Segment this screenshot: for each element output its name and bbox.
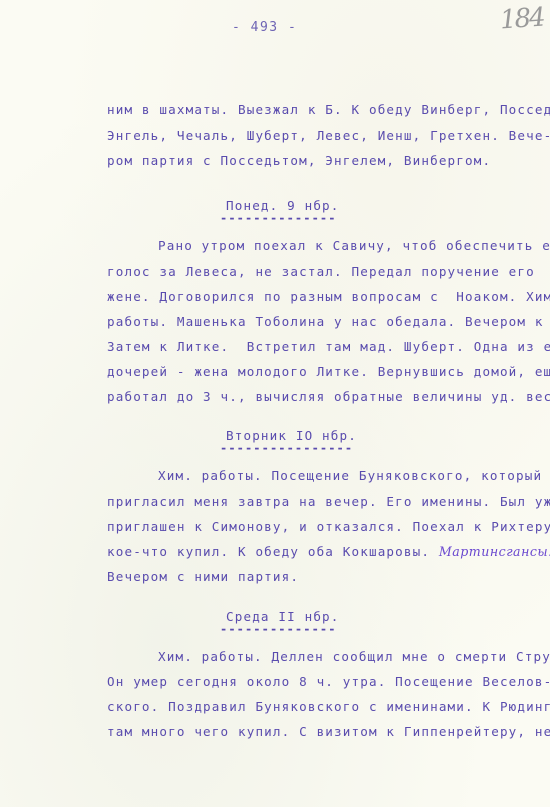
text-line: жене. Договорился по разным вопросам с Н… [107, 289, 550, 304]
text-line: Энгель, Чечаль, Шуберт, Левес, Иенш, Гре… [107, 128, 550, 143]
text-line: Хим. работы. Посещение Буняковского, кот… [158, 468, 542, 483]
document-page: - 493 - 184 ним в шахматы. Выезжал к Б. … [0, 0, 550, 807]
text-line: работал до 3 ч., вычисляя обратные велич… [107, 389, 550, 404]
text-line: кое-что купил. К обеду оба Кокшаровы. Ма… [107, 544, 550, 559]
text-line: ского. Поздравил Буняковского с именинам… [107, 699, 550, 714]
heading-underline: ---------------- [220, 441, 353, 455]
text-line: голос за Левеса, не застал. Передал пору… [107, 264, 535, 279]
text-line: ром партия с Посседьтом, Энгелем, Винбер… [107, 153, 491, 168]
handwritten-insert: Мартинсгансы. [439, 544, 550, 559]
text-line-typed: кое-что купил. К обеду оба Кокшаровы. [107, 544, 439, 559]
text-line: приглашен к Симонову, и отказался. Поеха… [107, 519, 550, 534]
text-line: Вечером с ними партия. [107, 569, 299, 584]
text-line: Он умер сегодня около 8 ч. утра. Посещен… [107, 674, 550, 689]
text-line: ним в шахматы. Выезжал к Б. К обеду Винб… [107, 102, 550, 117]
heading-underline: -------------- [220, 622, 337, 636]
text-line: дочерей - жена молодого Литке. Вернувшис… [107, 364, 550, 379]
heading-underline: -------------- [220, 211, 337, 225]
text-line: Затем к Литке. Встретил там мад. Шуберт.… [107, 339, 550, 354]
text-line: Рано утром поехал к Савичу, чтоб обеспеч… [158, 238, 550, 253]
page-number: - 493 - [232, 20, 297, 35]
text-line: работы. Машенька Тоболина у нас обедала.… [107, 314, 550, 329]
text-line: там много чего купил. С визитом к Гиппен… [107, 724, 550, 739]
archive-number-handwritten: 184 [499, 3, 545, 36]
text-line: пригласил меня завтра на вечер. Его имен… [107, 494, 550, 509]
text-line: Хим. работы. Деллен сообщил мне о смерти… [158, 649, 550, 664]
